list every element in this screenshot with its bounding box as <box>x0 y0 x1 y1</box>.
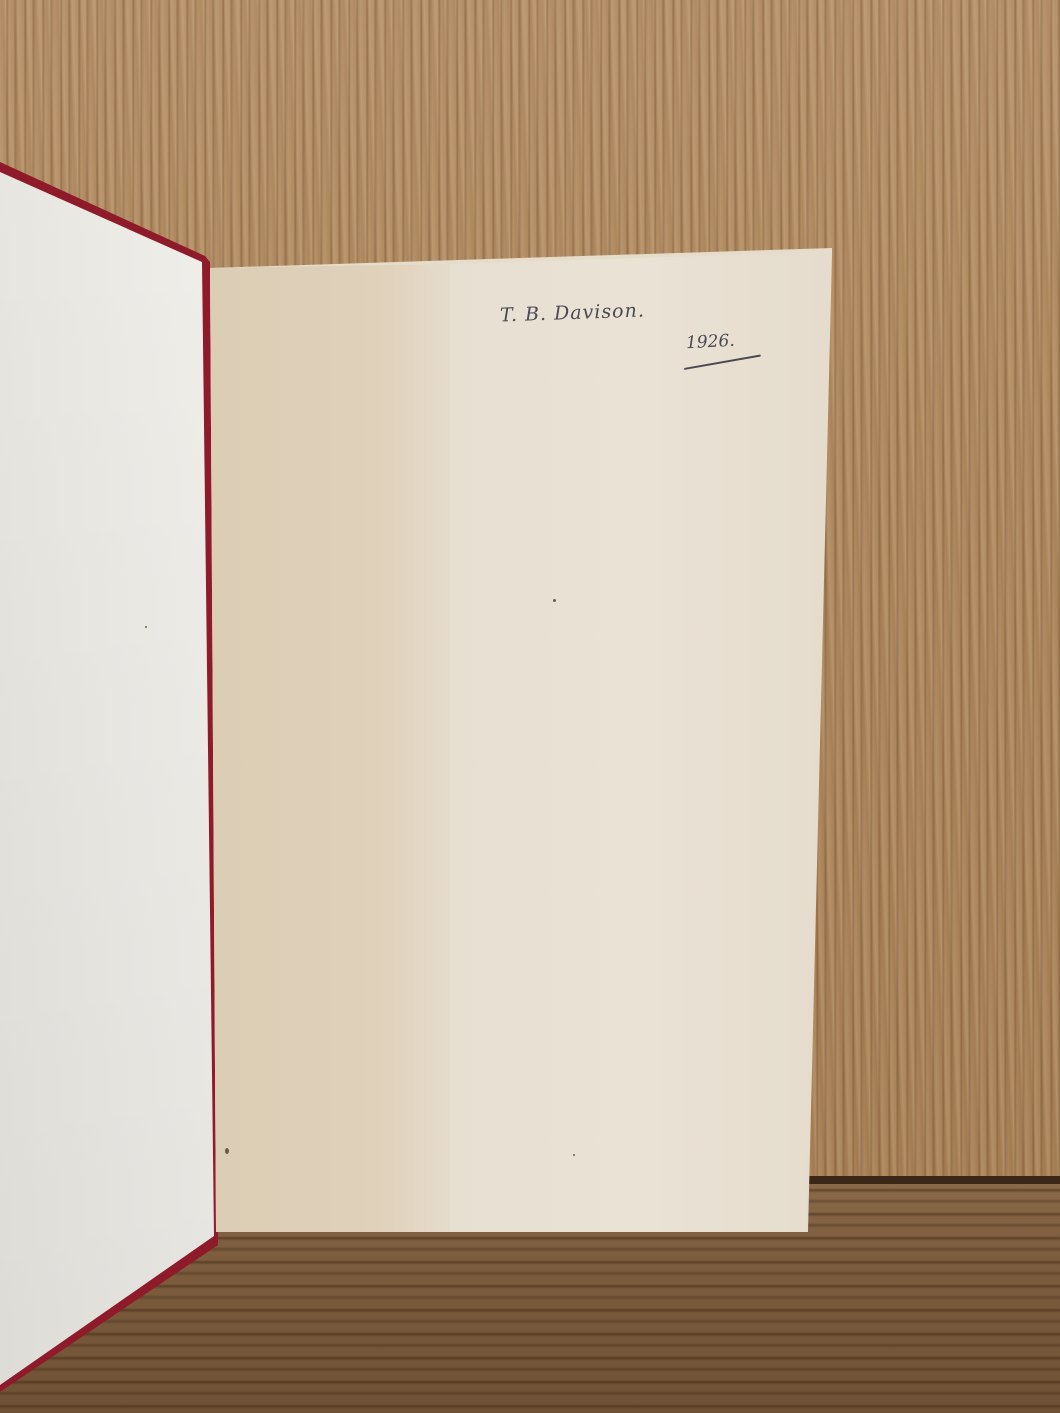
paper-speck <box>553 599 556 602</box>
right-page-light-area <box>450 252 830 1232</box>
wood-seam <box>800 1176 1060 1184</box>
paper-speck <box>145 626 147 628</box>
paper-speck <box>573 1154 575 1156</box>
paper-speck <box>225 1148 229 1154</box>
inscription-year: 1926. <box>686 331 736 354</box>
page-tone-band <box>210 248 450 1232</box>
